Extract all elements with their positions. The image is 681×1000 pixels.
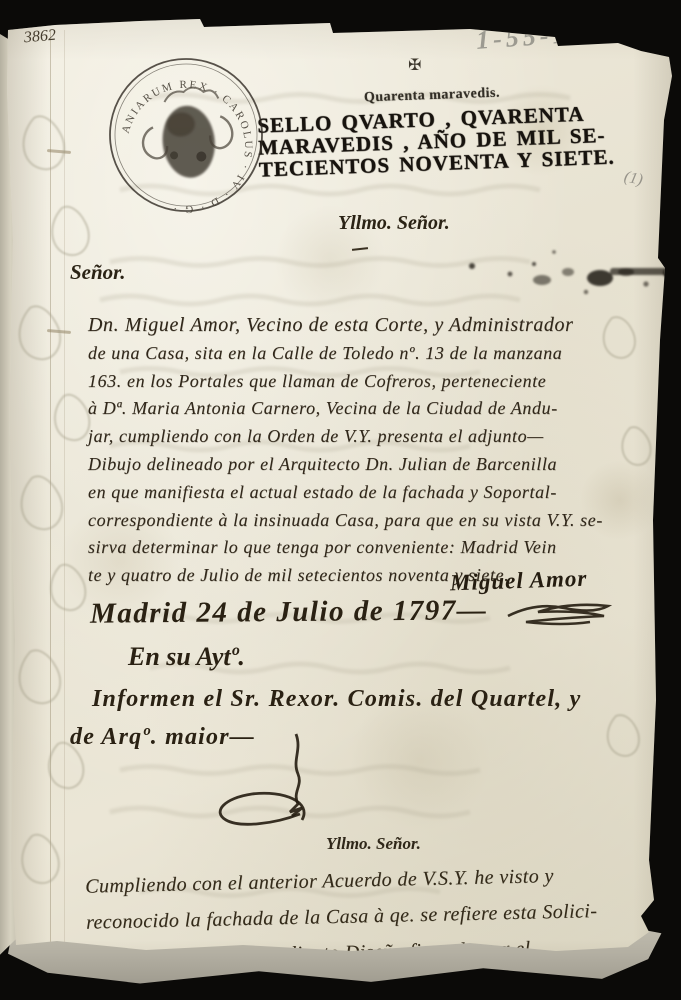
- salutation-illustrious: Yllmo. Señor.: [338, 212, 450, 235]
- petition-line: sirva determinar lo que tenga por conven…: [88, 534, 673, 562]
- petition-line: de una Casa, sita en la Calle de Toledo …: [88, 340, 673, 368]
- petition-line: jar, cumpliendo con la Orden de V.Y. pre…: [88, 423, 673, 451]
- cross-ornament: ✠: [408, 55, 421, 74]
- manuscript-page: 3862 1-55-10 (1) ✠ Quarenta maravedis. S…: [0, 0, 681, 1000]
- petition-body: Dn. Miguel Amor, Vecino de esta Corte, y…: [88, 312, 673, 590]
- signature-rubric: [500, 592, 616, 632]
- royal-seal: ANIARUM REX · CAROLUS · IV · D · G ·: [94, 46, 278, 225]
- petition-line: en que manifiesta el actual estado de la…: [88, 479, 673, 507]
- tax-stamp-text: SELLO QVARTO , QVARENTA MARAVEDIS , AÑO …: [257, 101, 619, 180]
- decree-date-line: Madrid 24 de Julio de 1797—: [90, 594, 488, 630]
- archive-number: 3862: [23, 27, 56, 48]
- petition-line: 163. en los Portales que llaman de Cofre…: [88, 368, 673, 396]
- petition-line: à Dª. Maria Antonia Carnero, Vecina de l…: [88, 395, 673, 423]
- decree-session-note: En su Aytº.: [128, 642, 245, 672]
- petition-line: Dn. Miguel Amor, Vecino de esta Corte, y…: [88, 312, 673, 340]
- photographed-manuscript: 3862 1-55-10 (1) ✠ Quarenta maravedis. S…: [0, 0, 681, 1000]
- ink-smudge: [450, 238, 681, 310]
- decree-order-line-2: de Arqº. maior—: [70, 724, 255, 751]
- petition-line: Dibujo delineado por el Arquitecto Dn. J…: [88, 451, 673, 479]
- decree-rubric-loop: [210, 790, 316, 840]
- decree-order-line-1: Informen el Sr. Rexor. Comis. del Quarte…: [92, 686, 582, 713]
- petition-line: correspondiente à la insinuada Casa, par…: [88, 507, 673, 535]
- salutation-senor: Señor.: [70, 260, 125, 285]
- folio-number-pencil: (1): [622, 168, 644, 189]
- report-salutation: Yllmo. Señor.: [326, 834, 421, 854]
